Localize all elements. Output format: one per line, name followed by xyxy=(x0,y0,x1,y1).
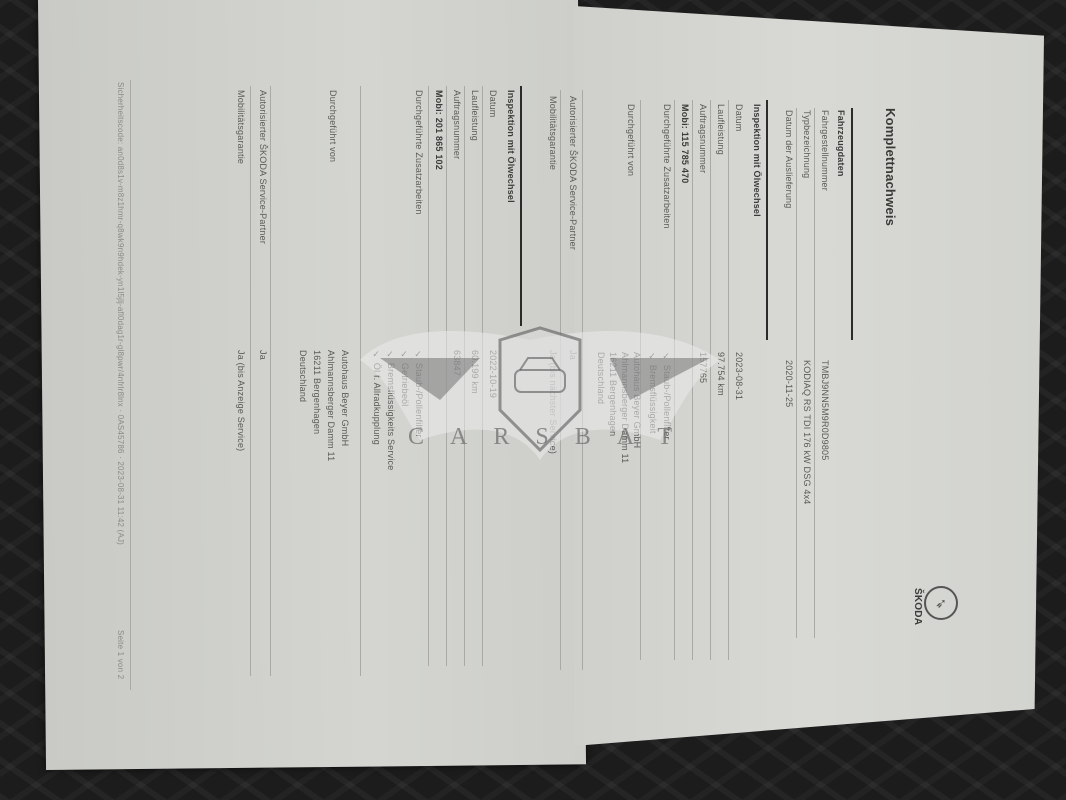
row-divider xyxy=(674,100,675,660)
service-1-value-mileage: 97.754 km xyxy=(716,352,726,396)
service-2-heading: Inspektion mit Ölwechsel xyxy=(506,90,516,203)
row-divider xyxy=(692,100,693,660)
row-divider xyxy=(814,108,815,638)
service-2-by-0: Autohaus Beyer GmbH xyxy=(340,350,350,446)
row-divider xyxy=(270,86,271,676)
service-1-value-date: 2023-08-31 xyxy=(734,352,744,400)
vehicle-value-vin: TMBJ9NN5M9R0D9805 xyxy=(820,360,830,460)
service-1-extra-1: ✓ Bremsflüssigkeit xyxy=(648,352,658,434)
vehicle-value-type: KODIAQ RS TDI 176 kW DSG 4x4 xyxy=(802,360,812,504)
service-2-extra-3: ✓ Öl f. Allradkupplung xyxy=(372,350,382,445)
brand-wordmark: ŠKODA xyxy=(912,588,923,625)
row-divider xyxy=(728,100,729,660)
service-2-label-partner: Autorisierter ŠKODA Service-Partner xyxy=(258,90,268,244)
service-1-label-date: Datum xyxy=(734,104,744,132)
row-divider xyxy=(360,86,361,676)
service-2-label-mileage: Laufleistung xyxy=(470,90,480,141)
service-2-label-by: Durchgeführt von xyxy=(328,90,338,162)
service-1-label-mileage: Laufleistung xyxy=(716,104,726,155)
row-divider xyxy=(560,90,561,670)
service-1-label-partner: Autorisierter ŠKODA Service-Partner xyxy=(568,96,578,250)
row-divider xyxy=(464,86,465,666)
service-2-value-date: 2022-10-19 xyxy=(488,350,498,398)
service-1-by-3: Deutschland xyxy=(596,352,606,404)
service-2-by-2: 16211 Bergenhagen xyxy=(312,350,322,434)
service-1-value-order: 157765 xyxy=(698,352,708,383)
watermark-text: CARSBAT xyxy=(408,424,698,451)
service-1-label-extras: Durchgeführte Zusatzarbeiten xyxy=(662,104,672,229)
row-divider xyxy=(710,100,711,660)
service-1-label-order: Auftragsnummer xyxy=(698,104,708,173)
check-icon: ✓ xyxy=(648,352,658,365)
service-2-extra-1: ✓ Getriebeöl xyxy=(400,350,410,406)
service-2-value-partner: Ja xyxy=(258,350,268,360)
service-2-extra-2: ✓ Bremsflüssigkeits Service xyxy=(386,350,396,470)
row-divider xyxy=(446,86,447,666)
check-icon: ✓ xyxy=(372,350,382,363)
vehicle-label-type: Typbezeichnung xyxy=(802,110,812,178)
footer-rule xyxy=(130,80,131,690)
service-2-label-mobility: Mobilitätsgarantie xyxy=(236,90,246,164)
service-2-label-order: Auftragsnummer xyxy=(452,90,462,159)
page-indicator: Seite 1 von 2 xyxy=(116,630,125,679)
service-1-mobi: Mobi: 115 785 470 xyxy=(680,104,690,183)
check-icon: ✓ xyxy=(414,350,424,363)
row-divider xyxy=(482,86,483,666)
service-2-by-3: Deutschland xyxy=(298,350,308,402)
service-2-label-extras: Durchgeführte Zusatzarbeiten xyxy=(414,90,424,215)
section-rule xyxy=(766,100,768,340)
row-divider xyxy=(796,108,797,638)
vehicle-value-delivery: 2020-11-25 xyxy=(784,360,794,407)
service-1-value-partner: Ja xyxy=(568,350,578,360)
service-2-mobi: Mobi: 201 865 102 xyxy=(434,90,444,170)
service-2-by-1: Ahlmannsberger Damm 11 xyxy=(326,350,336,461)
vehicle-label-delivery: Datum der Auslieferung xyxy=(784,110,794,208)
check-icon: ✓ xyxy=(400,350,410,363)
row-divider xyxy=(250,86,251,676)
section-rule xyxy=(851,108,853,340)
vehicle-heading: Fahrzeugdaten xyxy=(836,110,846,177)
check-icon: ✓ xyxy=(386,350,396,363)
service-2-value-mobility: Ja (bis Anzeige Service) xyxy=(236,350,246,451)
service-2-value-mileage: 60.199 km xyxy=(470,350,480,394)
service-2-value-order: 63847 xyxy=(452,350,462,376)
vehicle-label-vin: Fahrgestellnummer xyxy=(820,110,830,191)
skoda-winged-arrow-icon: ➶ xyxy=(924,586,958,620)
page-fold xyxy=(582,90,583,670)
service-2-label-date: Datum xyxy=(488,90,498,118)
row-divider xyxy=(428,86,429,666)
service-1-label-mobility: Mobilitätsgarantie xyxy=(548,96,558,170)
check-icon: ✓ xyxy=(662,352,672,365)
service-1-heading: Inspektion mit Ölwechsel xyxy=(752,104,762,217)
page-title: Komplettnachweis xyxy=(883,108,898,226)
security-code: Sicherheitscode: an0d8s1v-m8z1hmr-q8wk9n… xyxy=(116,82,125,545)
service-1-label-by: Durchgeführt von xyxy=(626,104,636,176)
section-rule xyxy=(520,86,522,326)
